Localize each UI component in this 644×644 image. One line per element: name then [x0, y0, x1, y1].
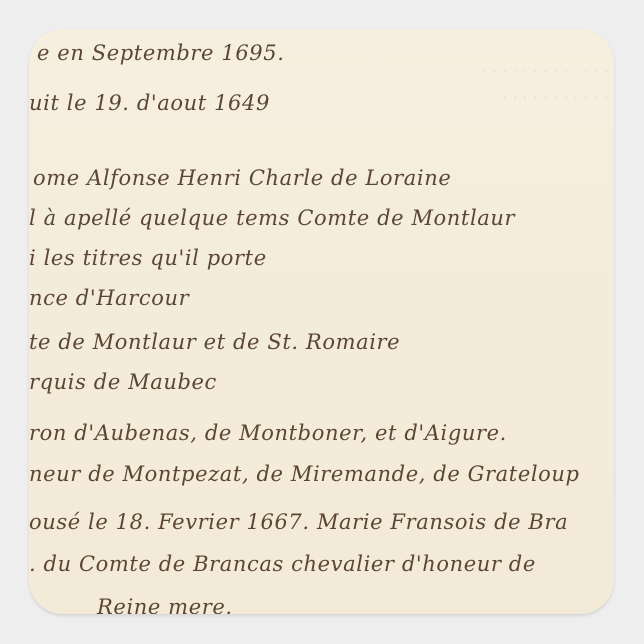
manuscript-line: i les titres qu'il porte: [29, 246, 267, 270]
manuscript-line: te de Montlaur et de St. Romaire: [29, 330, 400, 354]
manuscript-line: ron d'Aubenas, de Montboner, et d'Aigure…: [29, 421, 507, 445]
bleed-through-text: · · · · · · · · · · · · ·· · · · · · · ·…: [229, 59, 609, 119]
manuscript-line: l à apellé quelque tems Comte de Montlau…: [29, 206, 515, 230]
manuscript-line: ome Alfonse Henri Charle de Loraine: [33, 166, 451, 190]
manuscript-line: e en Septembre 1695.: [37, 41, 284, 65]
manuscript-line: rquis de Maubec: [29, 370, 217, 394]
manuscript-line: ousé le 18. Fevrier 1667. Marie Fransois…: [29, 510, 568, 534]
manuscript-sticker: · · · · · · · · · · · · ·· · · · · · · ·…: [29, 29, 614, 614]
manuscript-line: . du Comte de Brancas chevalier d'honeur…: [29, 552, 536, 576]
manuscript-line: neur de Montpezat, de Miremande, de Grat…: [29, 462, 580, 486]
manuscript-line: uit le 19. d'aout 1649: [29, 91, 270, 115]
manuscript-line: nce d'Harcour: [29, 286, 189, 310]
manuscript-line: Reine mere.: [97, 595, 233, 614]
